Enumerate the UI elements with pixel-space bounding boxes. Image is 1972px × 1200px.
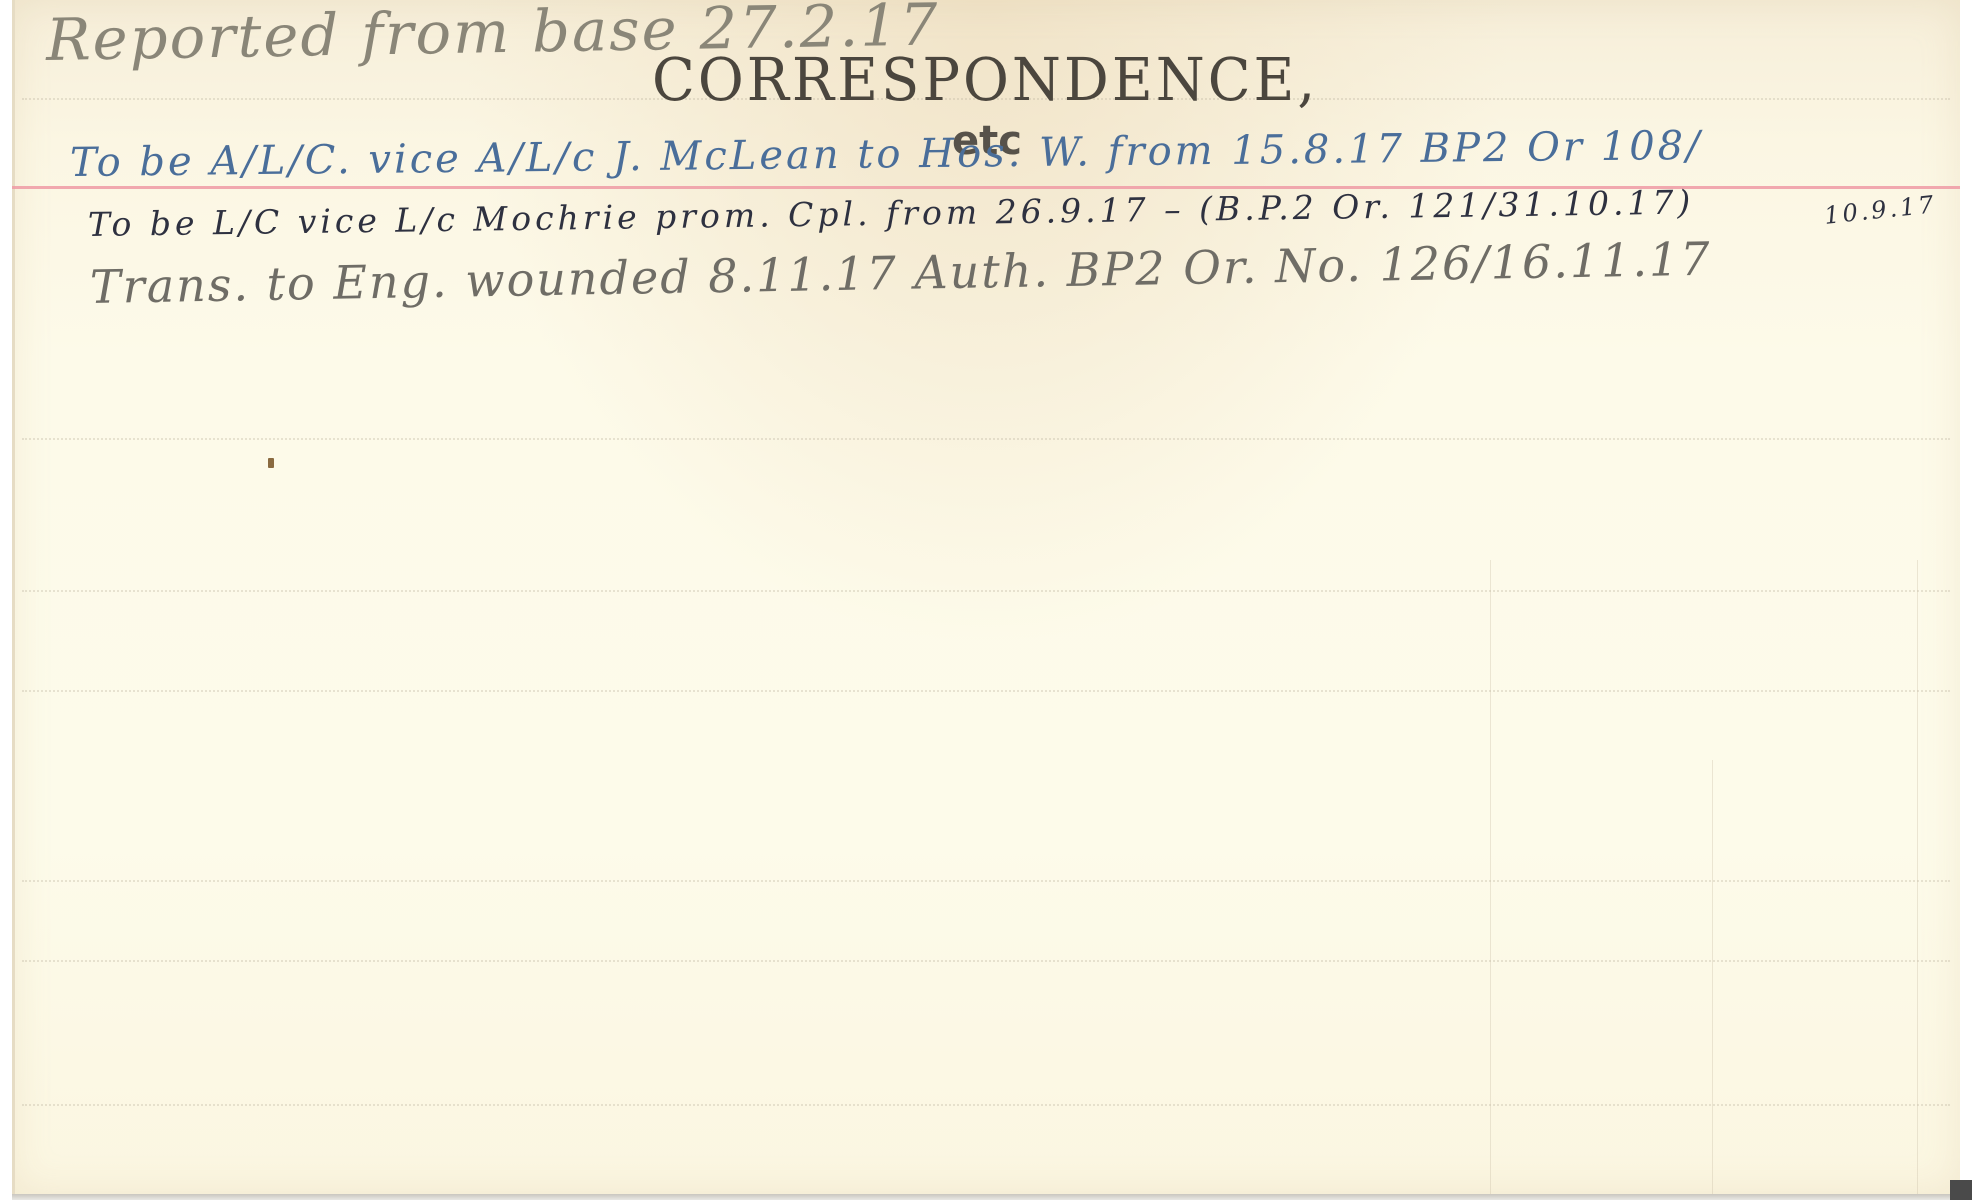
card-bottom-edge [12, 1194, 1960, 1200]
dotted-rule [22, 438, 1950, 440]
card-left-edge [12, 0, 15, 1194]
handwritten-entry-2: To be L/C vice L/c Mochrie prom. Cpl. fr… [88, 183, 1695, 244]
column-rule [1490, 560, 1491, 1194]
handwritten-entry-1: To be A/L/C. vice A/L/c J. McLean to Hos… [70, 123, 1703, 186]
dotted-rule [22, 590, 1950, 592]
scan-corner-mark [1950, 1180, 1972, 1200]
handwritten-entry-2-superscript: 10.9.17 [1823, 190, 1938, 230]
column-rule [1917, 560, 1918, 1194]
column-rule [1712, 760, 1713, 1194]
dotted-rule [22, 960, 1950, 962]
dotted-rule [22, 880, 1950, 882]
handwritten-entry-3: Trans. to Eng. wounded 8.11.17 Auth. BP2… [90, 232, 1712, 314]
ink-speck [268, 458, 274, 468]
dotted-rule [22, 1104, 1950, 1106]
record-card: CORRESPONDENCE, etc Reported from base 2… [12, 0, 1960, 1194]
dotted-rule [22, 690, 1950, 692]
